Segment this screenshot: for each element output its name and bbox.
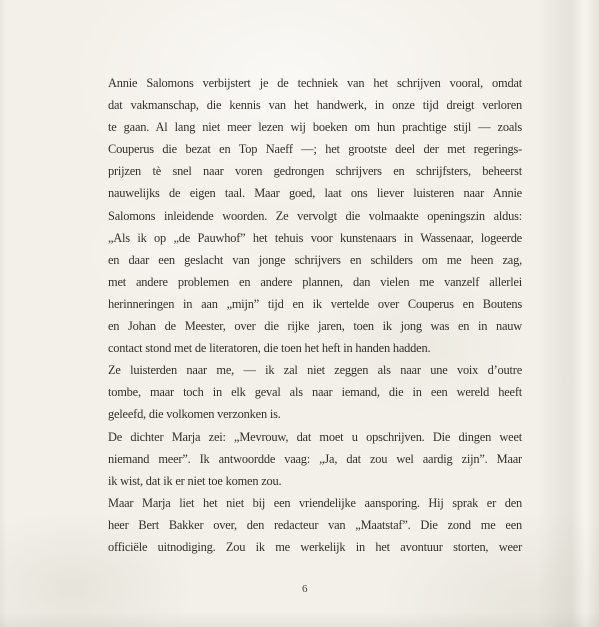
text-line: Salomons inleidende woorden. Ze vervolgt… [108, 205, 522, 227]
text-line: contact stond met de literatoren, die to… [108, 337, 522, 359]
page-right-edge-shading [537, 0, 599, 627]
text-line: en Johan de Meester, over die rijke jare… [108, 315, 522, 337]
text-line: niemand meer”. Ik antwoordde vaag: „Ja, … [108, 448, 522, 470]
text-line: tombe, maar toch in elk geval als naar i… [108, 381, 522, 403]
text-line: Couperus die bezat en Top Naeff —; het g… [108, 138, 522, 160]
text-line: Maar Marja liet het niet bij een vriende… [108, 492, 522, 514]
page-left-edge-shading [0, 0, 7, 627]
text-line: met andere problemen en andere plannen, … [108, 271, 522, 293]
text-line: ik wist, dat ik er niet toe komen zou. [108, 470, 522, 492]
text-line: „Als ik op „de Pauwhof” het tehuis voor … [108, 227, 522, 249]
text-line: officiële uitnodiging. Zou ik me werkeli… [108, 536, 522, 558]
text-line: dat vakmanschap, die kennis van het hand… [108, 94, 522, 116]
text-line: en daar een geslacht van jonge schrijver… [108, 249, 522, 271]
text-line: geleefd, die volkomen verzonken is. [108, 403, 522, 425]
text-line: De dichter Marja zei: „Mevrouw, dat moet… [108, 426, 522, 448]
text-line: nauwelijks de eigen taal. Maar goed, laa… [108, 182, 522, 204]
text-line: Annie Salomons verbijstert je de technie… [108, 72, 522, 94]
text-line: herinneringen in aan „mijn” tijd en ik v… [108, 293, 522, 315]
book-page-scan: Annie Salomons verbijstert je de technie… [0, 0, 599, 627]
text-line: prijzen tè snel naar voren gedrongen sch… [108, 160, 522, 182]
text-line: heer Bert Bakker over, den redacteur van… [108, 514, 522, 536]
page-number: 6 [96, 582, 514, 596]
text-line: te gaan. Al lang niet meer lezen wij boe… [108, 116, 522, 138]
page-bottom-edge-shading [0, 611, 599, 627]
text-block: Annie Salomons verbijstert je de technie… [108, 72, 522, 558]
text-line: Ze luisterden naar me, — ik zal niet zeg… [108, 359, 522, 381]
